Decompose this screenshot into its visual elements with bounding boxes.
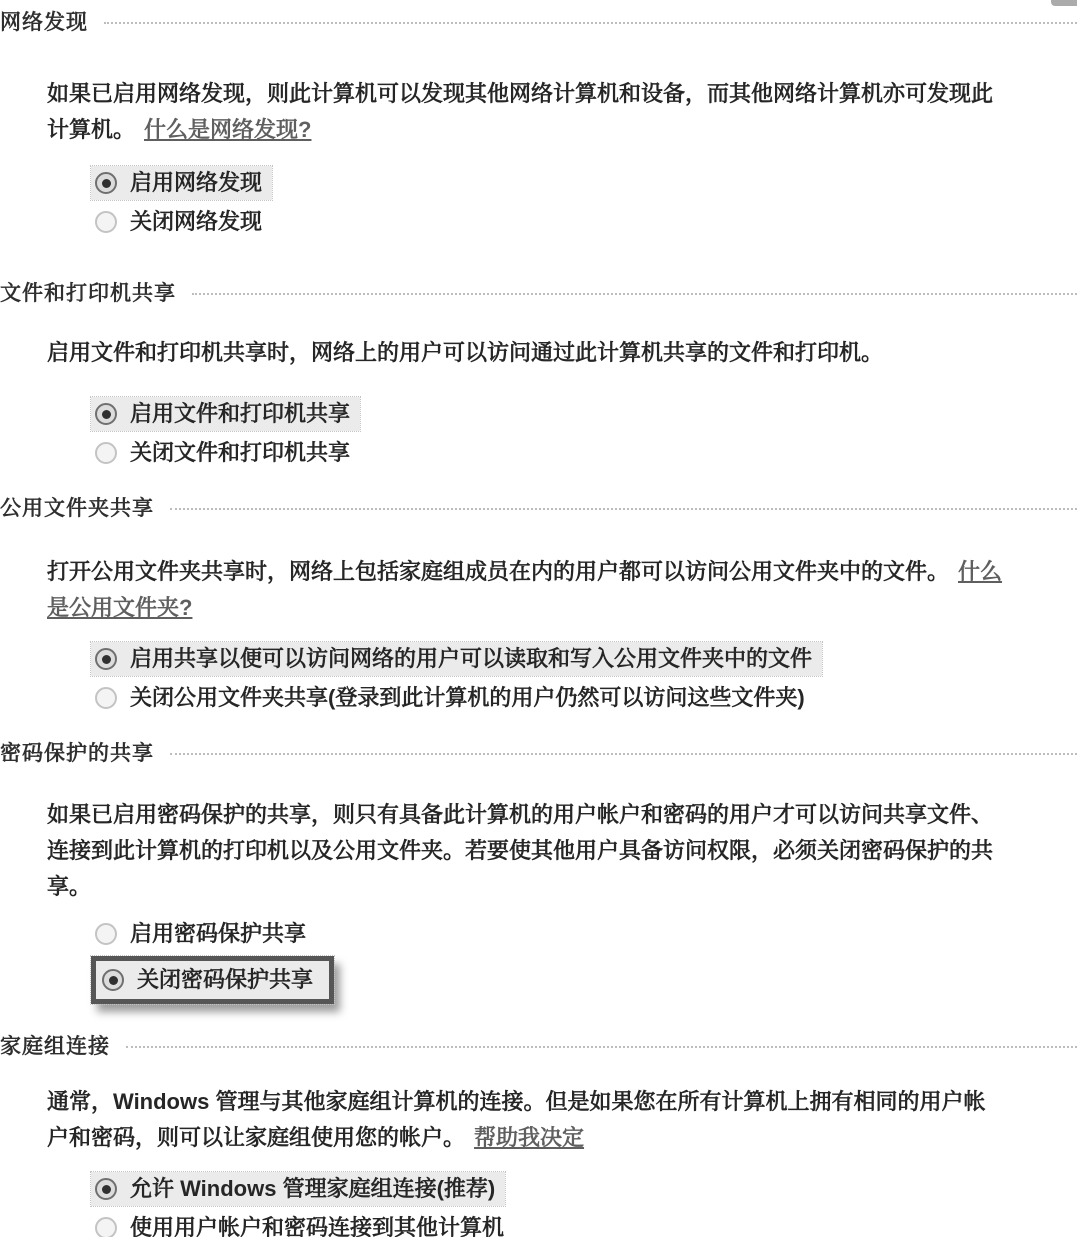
section-header: 家庭组连接	[0, 1034, 1077, 1060]
radio-dot-icon	[109, 976, 118, 985]
section-divider	[126, 1046, 1077, 1048]
section-divider	[192, 293, 1077, 295]
radio-option-label: 关闭密码保护共享	[137, 966, 313, 994]
section-description: 如果已启用密码保护的共享，则只有具备此计算机的用户帐户和密码的用户才可以访问共享…	[47, 797, 1007, 905]
radio-option-label: 关闭网络发现	[130, 208, 262, 236]
radio-group: 启用共享以便可以访问网络的用户可以读取和写入公用文件夹中的文件 关闭公用文件夹共…	[47, 642, 1077, 715]
cropped-ui-fragment	[1051, 0, 1077, 6]
section-header: 文件和打印机共享	[0, 281, 1077, 307]
section-title: 公用文件夹共享	[0, 496, 154, 522]
radio-button-icon	[102, 969, 124, 991]
section-header: 密码保护的共享	[0, 741, 1077, 767]
section-title: 家庭组连接	[0, 1034, 110, 1060]
section-title: 文件和打印机共享	[0, 281, 176, 307]
section-header: 公用文件夹共享	[0, 496, 1077, 522]
radio-dot-icon	[102, 449, 111, 458]
section-body: 启用文件和打印机共享时，网络上的用户可以访问通过此计算机共享的文件和打印机。 启…	[0, 335, 1077, 470]
radio-group: 启用网络发现 关闭网络发现	[47, 166, 1077, 239]
radio-option-password-protected-sharing-1[interactable]: 关闭密码保护共享	[91, 956, 334, 1004]
radio-dot-icon	[102, 1224, 111, 1233]
radio-option-homegroup-connections-1[interactable]: 使用用户帐户和密码连接到其他计算机	[91, 1211, 514, 1237]
radio-button-icon	[95, 442, 117, 464]
radio-dot-icon	[102, 218, 111, 227]
section-header: 网络发现	[0, 10, 1077, 36]
section-title: 网络发现	[0, 10, 88, 36]
help-link-network-discovery[interactable]: 什么是网络发现?	[144, 117, 311, 142]
radio-group: 启用文件和打印机共享 关闭文件和打印机共享	[47, 397, 1077, 470]
radio-group: 启用密码保护共享 关闭密码保护共享	[47, 917, 1077, 1004]
radio-option-label: 启用共享以便可以访问网络的用户可以读取和写入公用文件夹中的文件	[130, 645, 812, 673]
radio-option-label: 启用文件和打印机共享	[130, 400, 350, 428]
section-title: 密码保护的共享	[0, 741, 154, 767]
radio-option-file-and-printer-sharing-0[interactable]: 启用文件和打印机共享	[91, 397, 360, 431]
radio-option-public-folder-sharing-0[interactable]: 启用共享以便可以访问网络的用户可以读取和写入公用文件夹中的文件	[91, 642, 822, 676]
description-text: 打开公用文件夹共享时，网络上包括家庭组成员在内的用户都可以访问公用文件夹中的文件…	[47, 559, 949, 584]
section-body: 通常，Windows 管理与其他家庭组计算机的连接。但是如果您在所有计算机上拥有…	[0, 1084, 1077, 1237]
section-body: 如果已启用密码保护的共享，则只有具备此计算机的用户帐户和密码的用户才可以访问共享…	[0, 797, 1077, 1004]
radio-button-icon	[95, 923, 117, 945]
radio-button-icon	[95, 1178, 117, 1200]
section-description: 如果已启用网络发现，则此计算机可以发现其他网络计算机和设备，而其他网络计算机亦可…	[47, 76, 1007, 148]
radio-option-label: 启用网络发现	[130, 169, 262, 197]
section-divider	[170, 753, 1077, 755]
radio-button-icon	[95, 687, 117, 709]
section-public-folder-sharing: 公用文件夹共享 打开公用文件夹共享时，网络上包括家庭组成员在内的用户都可以访问公…	[0, 496, 1077, 715]
radio-option-file-and-printer-sharing-1[interactable]: 关闭文件和打印机共享	[91, 436, 360, 470]
section-description: 通常，Windows 管理与其他家庭组计算机的连接。但是如果您在所有计算机上拥有…	[47, 1084, 1007, 1156]
radio-dot-icon	[102, 694, 111, 703]
description-text: 如果已启用密码保护的共享，则只有具备此计算机的用户帐户和密码的用户才可以访问共享…	[47, 802, 993, 899]
radio-button-icon	[95, 648, 117, 670]
section-body: 打开公用文件夹共享时，网络上包括家庭组成员在内的用户都可以访问公用文件夹中的文件…	[0, 554, 1077, 715]
section-homegroup-connections: 家庭组连接 通常，Windows 管理与其他家庭组计算机的连接。但是如果您在所有…	[0, 1034, 1077, 1237]
radio-option-password-protected-sharing-0[interactable]: 启用密码保护共享	[91, 917, 316, 951]
radio-group: 允许 Windows 管理家庭组连接(推荐) 使用用户帐户和密码连接到其他计算机	[47, 1172, 1077, 1237]
radio-option-label: 允许 Windows 管理家庭组连接(推荐)	[130, 1175, 495, 1203]
radio-option-homegroup-connections-0[interactable]: 允许 Windows 管理家庭组连接(推荐)	[91, 1172, 505, 1206]
help-link-homegroup-connections[interactable]: 帮助我决定	[474, 1125, 584, 1150]
radio-option-label: 关闭文件和打印机共享	[130, 439, 350, 467]
radio-dot-icon	[102, 930, 111, 939]
radio-option-network-discovery-1[interactable]: 关闭网络发现	[91, 205, 272, 239]
description-text: 启用文件和打印机共享时，网络上的用户可以访问通过此计算机共享的文件和打印机。	[47, 340, 883, 365]
radio-option-network-discovery-0[interactable]: 启用网络发现	[91, 166, 272, 200]
section-divider	[170, 508, 1077, 510]
radio-dot-icon	[102, 410, 111, 419]
radio-option-label: 关闭公用文件夹共享(登录到此计算机的用户仍然可以访问这些文件夹)	[130, 684, 805, 712]
radio-option-label: 启用密码保护共享	[130, 920, 306, 948]
section-network-discovery: 网络发现 如果已启用网络发现，则此计算机可以发现其他网络计算机和设备，而其他网络…	[0, 10, 1077, 239]
radio-button-icon	[95, 172, 117, 194]
radio-option-public-folder-sharing-1[interactable]: 关闭公用文件夹共享(登录到此计算机的用户仍然可以访问这些文件夹)	[91, 681, 815, 715]
radio-button-icon	[95, 403, 117, 425]
section-file-and-printer-sharing: 文件和打印机共享 启用文件和打印机共享时，网络上的用户可以访问通过此计算机共享的…	[0, 281, 1077, 470]
radio-button-icon	[95, 1217, 117, 1237]
advanced-sharing-settings-page: { "page": { "background": "#ffffff", "la…	[0, 0, 1077, 1237]
radio-button-icon	[95, 211, 117, 233]
radio-option-label: 使用用户帐户和密码连接到其他计算机	[130, 1214, 504, 1237]
radio-dot-icon	[102, 1185, 111, 1194]
section-body: 如果已启用网络发现，则此计算机可以发现其他网络计算机和设备，而其他网络计算机亦可…	[0, 76, 1077, 239]
section-description: 打开公用文件夹共享时，网络上包括家庭组成员在内的用户都可以访问公用文件夹中的文件…	[47, 554, 1007, 626]
radio-dot-icon	[102, 179, 111, 188]
radio-dot-icon	[102, 655, 111, 664]
section-description: 启用文件和打印机共享时，网络上的用户可以访问通过此计算机共享的文件和打印机。	[47, 335, 1007, 371]
settings-sections-container: 网络发现 如果已启用网络发现，则此计算机可以发现其他网络计算机和设备，而其他网络…	[0, 10, 1077, 1237]
section-password-protected-sharing: 密码保护的共享 如果已启用密码保护的共享，则只有具备此计算机的用户帐户和密码的用…	[0, 741, 1077, 1004]
section-divider	[104, 22, 1077, 24]
